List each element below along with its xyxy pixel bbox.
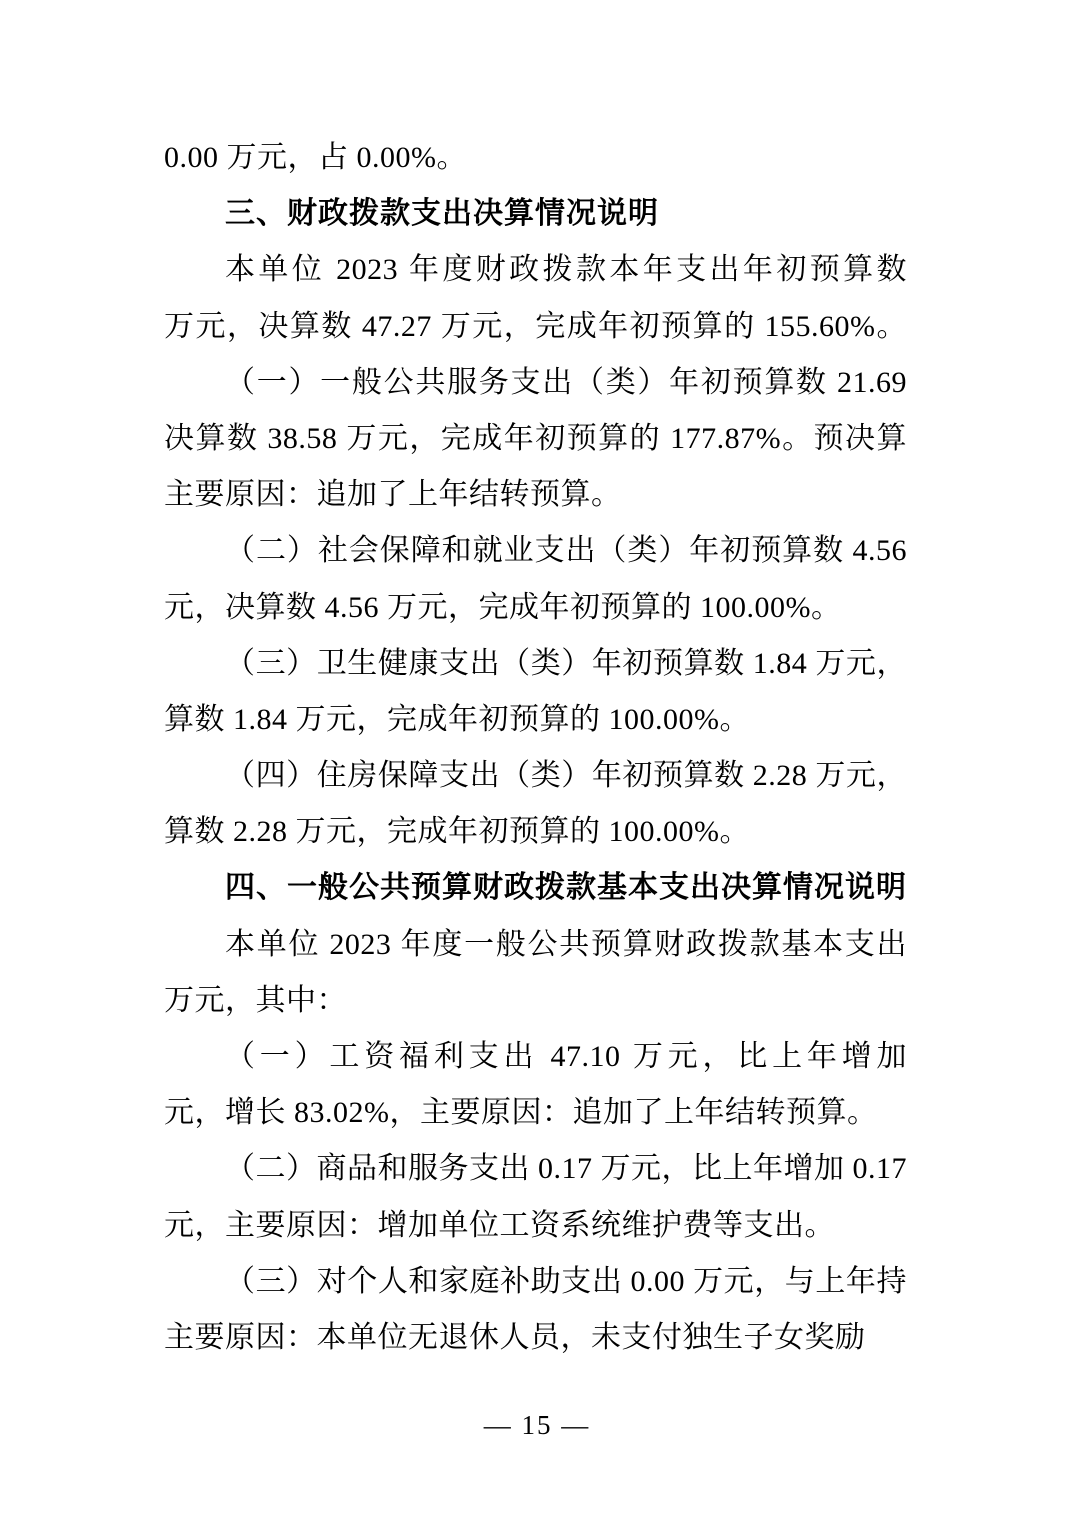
text-line: 算数 2.28 万元，完成年初预算的 100.00%。 [164, 804, 907, 860]
text-line: （二）商品和服务支出 0.17 万元，比上年增加 0.17 万 [164, 1141, 907, 1197]
text-line: 本单位 2023 年度一般公共预算财政拨款基本支出 47.27 [164, 917, 907, 973]
text-line: （三）卫生健康支出（类）年初预算数 1.84 万元，决 [164, 636, 907, 692]
page-number: — 15 — [0, 1402, 1074, 1448]
text-line: 主要原因：追加了上年结转预算。 [164, 467, 907, 523]
text-line: 0.00 万元，占 0.00%。 [164, 130, 907, 186]
text-line: 决算数 38.58 万元，完成年初预算的 177.87%。预决算差异 [164, 411, 907, 467]
document-body: 0.00 万元，占 0.00%。三、财政拨款支出决算情况说明本单位 2023 年… [164, 130, 907, 1366]
text-line: 万元，决算数 47.27 万元，完成年初预算的 155.60%。其中： [164, 299, 907, 355]
text-line: 主要原因：本单位无退休人员，未支付独生子女奖励金。 [164, 1310, 907, 1366]
section-heading: 四、一般公共预算财政拨款基本支出决算情况说明 [164, 860, 907, 916]
text-line: 元，主要原因：增加单位工资系统维护费等支出。 [164, 1198, 907, 1254]
text-line: 万元，其中： [164, 973, 907, 1029]
text-line: （一）一般公共服务支出（类）年初预算数 21.69 万元， [164, 355, 907, 411]
text-line: （二）社会保障和就业支出（类）年初预算数 4.56 万 [164, 523, 907, 579]
section-heading: 三、财政拨款支出决算情况说明 [164, 186, 907, 242]
text-line: 元，增长 83.02%，主要原因：追加了上年结转预算。 [164, 1085, 907, 1141]
text-line: 本单位 2023 年度财政拨款本年支出年初预算数 30.38 [164, 242, 907, 298]
text-line: （一）工资福利支出 47.10 万元，比上年增加 21.36 万 [164, 1029, 907, 1085]
text-line: 算数 1.84 万元，完成年初预算的 100.00%。 [164, 692, 907, 748]
text-line: 元，决算数 4.56 万元，完成年初预算的 100.00%。 [164, 580, 907, 636]
text-line: （四）住房保障支出（类）年初预算数 2.28 万元，决 [164, 748, 907, 804]
document-page: 0.00 万元，占 0.00%。三、财政拨款支出决算情况说明本单位 2023 年… [0, 0, 1074, 1520]
text-line: （三）对个人和家庭补助支出 0.00 万元，与上年持平， [164, 1254, 907, 1310]
